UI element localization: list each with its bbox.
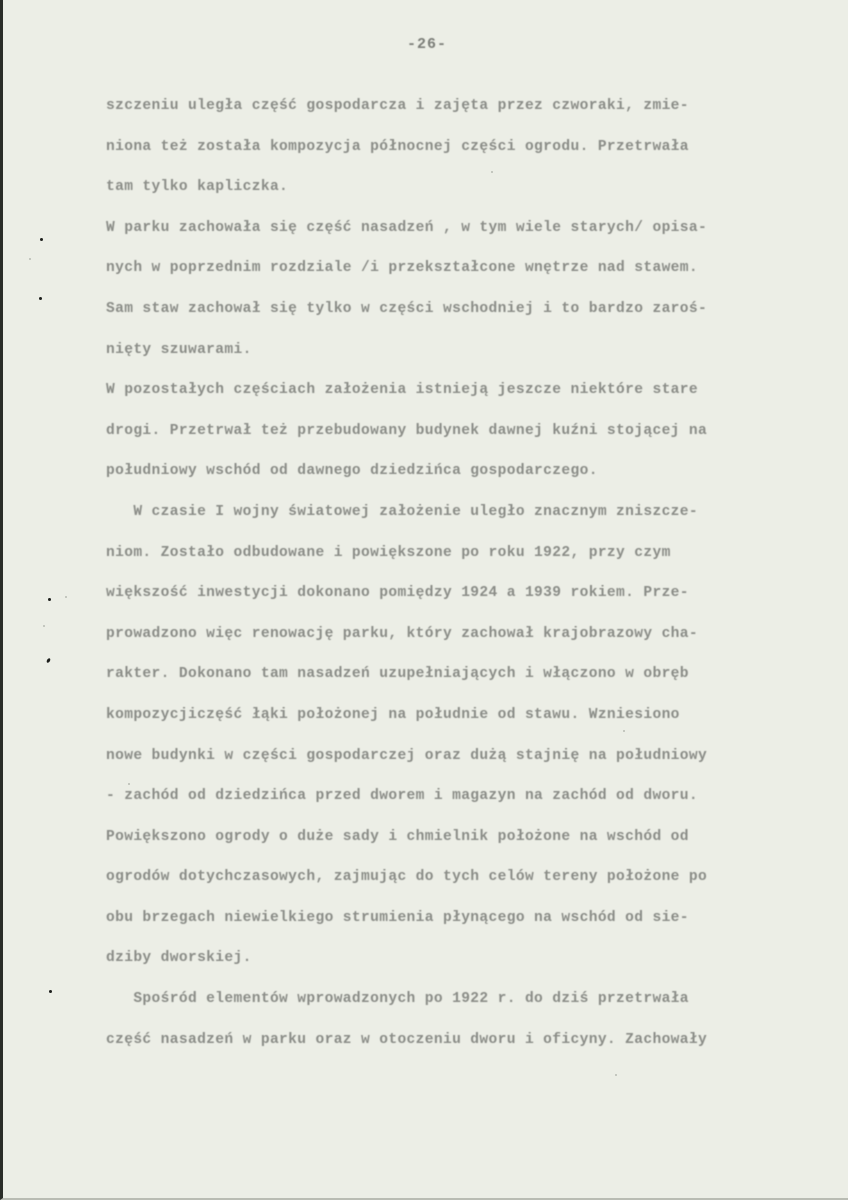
margin-dot bbox=[46, 658, 51, 664]
text-line: nięty szuwarami. bbox=[106, 338, 806, 379]
text-line: W pozostałych częściach założenia istnie… bbox=[106, 378, 806, 419]
margin-dot bbox=[49, 990, 52, 993]
paper-speck bbox=[615, 1074, 617, 1076]
text-line: nych w poprzednim rozdziale /i przekszta… bbox=[106, 256, 806, 297]
text-line: - zachód od dziedzińca przed dworem i ma… bbox=[106, 784, 806, 825]
text-line: niom. Zostało odbudowane i powiększone p… bbox=[106, 541, 806, 582]
text-line: Spośród elementów wprowadzonych po 1922 … bbox=[106, 987, 806, 1028]
text-line: szczeniu uległa część gospodarcza i zaję… bbox=[106, 94, 806, 135]
text-line: nowe budynki w części gospodarczej oraz … bbox=[106, 744, 806, 785]
text-line: Powiększono ogrody o duże sady i chmieln… bbox=[106, 825, 806, 866]
text-line: W czasie I wojny światowej założenie ule… bbox=[106, 500, 806, 541]
text-line: ogrodów dotychczasowych, zajmując do tyc… bbox=[106, 865, 806, 906]
text-line: tam tylko kapliczka. bbox=[106, 175, 806, 216]
text-line: dziby dworskiej. bbox=[106, 946, 806, 987]
text-line: część nasadzeń w parku oraz w otoczeniu … bbox=[106, 1028, 806, 1069]
text-line: kompozycjiczęść łąki położonej na połudn… bbox=[106, 703, 806, 744]
typewritten-page: -26- szczeniu uległa część gospodarcza i… bbox=[0, 0, 848, 1200]
paper-speck bbox=[623, 730, 625, 732]
text-line: niona też została kompozycja północnej c… bbox=[106, 135, 806, 176]
text-line: rakter. Dokonano tam nasadzeń uzupełniaj… bbox=[106, 662, 806, 703]
text-line: W parku zachowała się część nasadzeń , w… bbox=[106, 216, 806, 257]
paper-speck bbox=[128, 783, 130, 785]
paper-speck bbox=[43, 625, 45, 627]
paper-speck bbox=[29, 258, 31, 260]
paper-speck bbox=[65, 596, 67, 598]
text-line: południowy wschód od dawnego dziedzińca … bbox=[106, 459, 806, 500]
text-line: Sam staw zachował się tylko w części wsc… bbox=[106, 297, 806, 338]
margin-dot bbox=[39, 297, 42, 300]
text-line: drogi. Przetrwał też przebudowany budyne… bbox=[106, 419, 806, 460]
text-line: prowadzono więc renowację parku, który z… bbox=[106, 622, 806, 663]
margin-dot bbox=[48, 598, 51, 601]
margin-dot bbox=[40, 238, 43, 241]
body-text: szczeniu uległa część gospodarcza i zaję… bbox=[106, 94, 806, 1068]
page-number: -26- bbox=[3, 36, 848, 53]
text-line: obu brzegach niewielkiego strumienia pły… bbox=[106, 906, 806, 947]
text-line: większość inwestycji dokonano pomiędzy 1… bbox=[106, 581, 806, 622]
paper-speck bbox=[491, 171, 493, 173]
